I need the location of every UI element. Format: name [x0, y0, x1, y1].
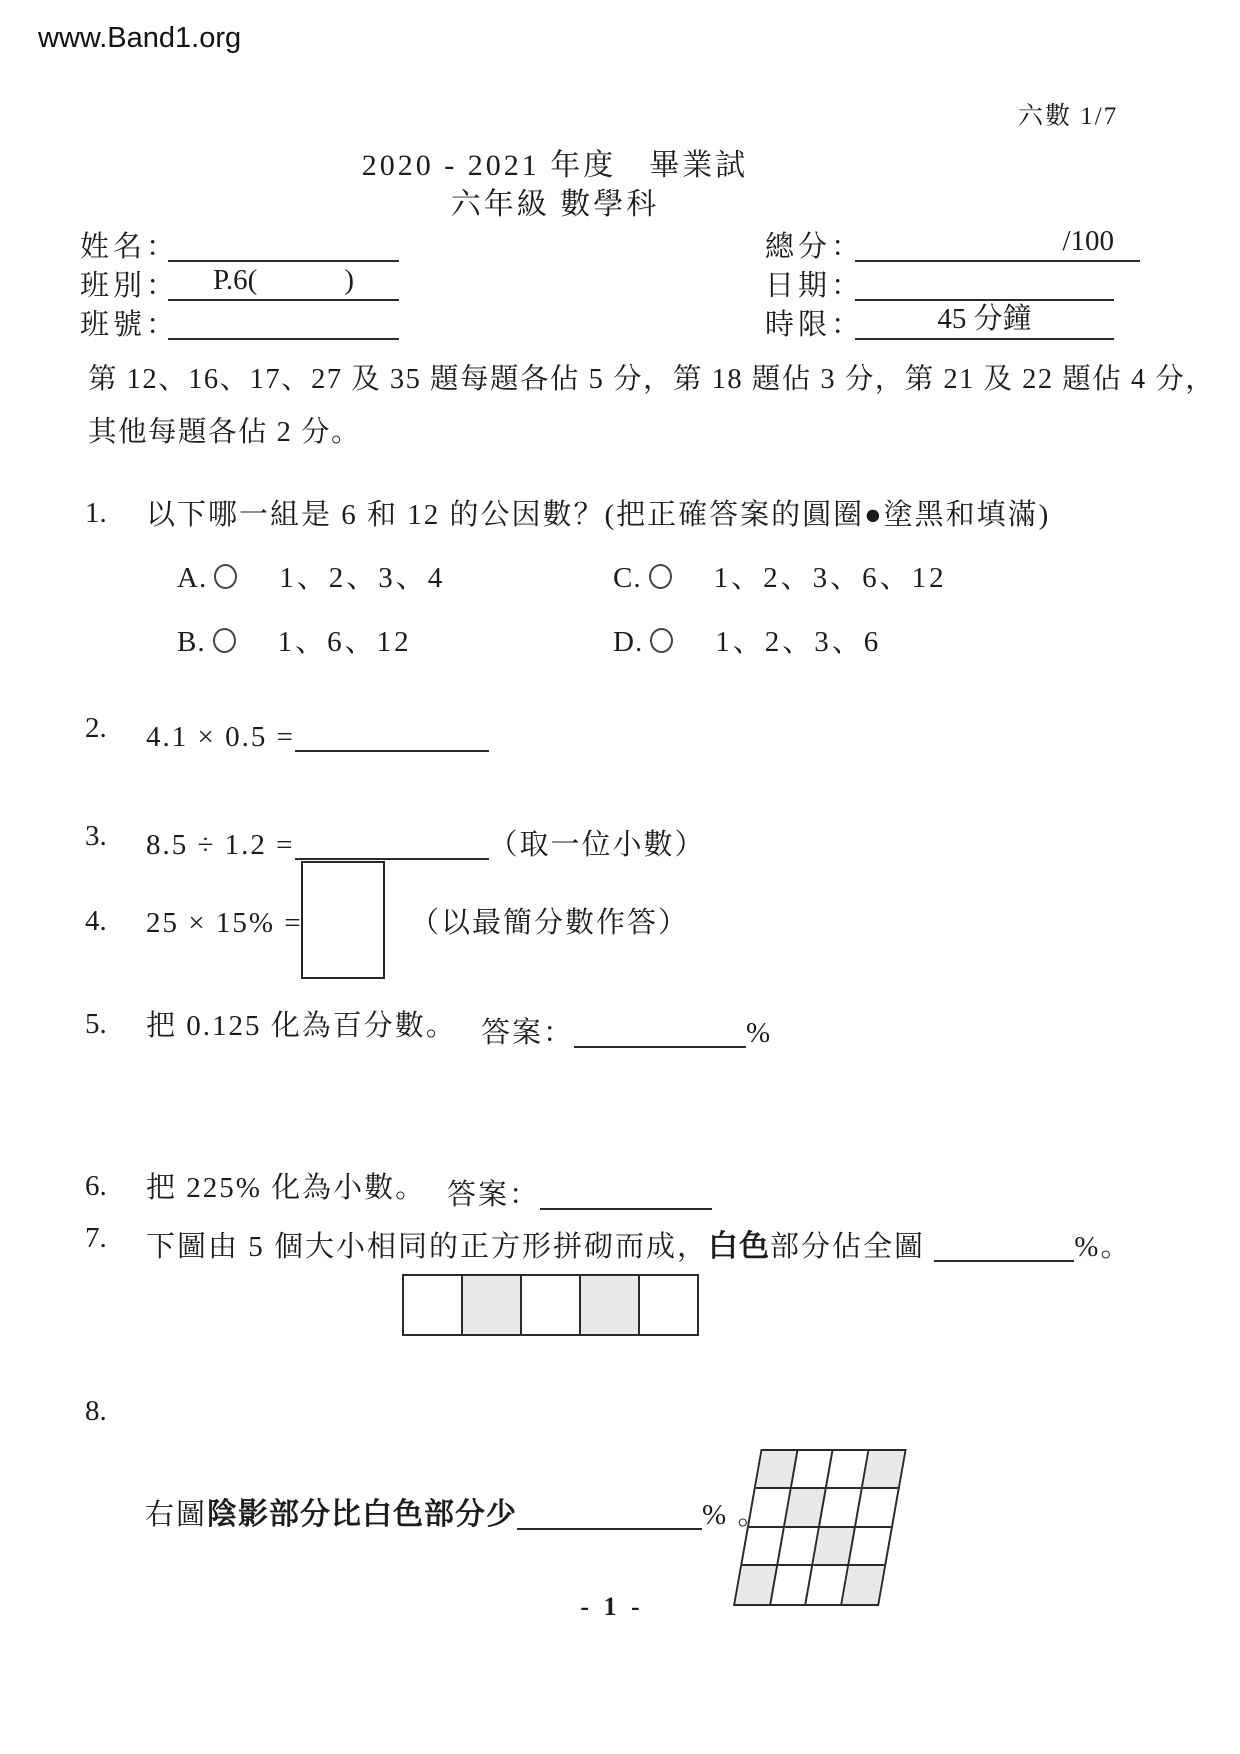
- q7-square-4: [638, 1276, 697, 1334]
- q7-percent-suffix: %。: [1074, 1231, 1131, 1263]
- q2-number: 2.: [85, 712, 107, 745]
- date-label: 日期：: [765, 263, 864, 304]
- page-code: 六數 1/7: [1018, 96, 1118, 132]
- q2-expression: 4.1 × 0.5 =: [146, 721, 295, 753]
- q1-option-c-value: 1、2、3、6、12: [714, 562, 947, 594]
- q1-number: 1.: [85, 497, 107, 530]
- time-limit-label: 時限：: [765, 302, 864, 343]
- q8-cell-1-3: [855, 1489, 897, 1527]
- q8-text-bold: 陰影部分比白色部分少: [207, 1498, 517, 1531]
- q1-option-b-label: B.: [177, 626, 206, 658]
- time-limit-field: 45 分鐘: [855, 302, 1114, 340]
- q1-option-a-bubble-icon[interactable]: [214, 564, 237, 589]
- q3-answer-blank[interactable]: [295, 826, 489, 860]
- q7-text-pre: 下圖由 5 個大小相同的正方形拼砌而成，: [146, 1231, 708, 1263]
- q8-answer-blank[interactable]: [517, 1496, 702, 1530]
- exam-title-line1: 2020 - 2021 年度 畢業試: [300, 140, 810, 184]
- exam-page: www.Band1.org 六數 1/7 2020 - 2021 年度 畢業試 …: [0, 0, 1240, 1754]
- q1-option-c-bubble-icon[interactable]: [649, 564, 672, 589]
- q3-line: 8.5 ÷ 1.2 =（取一位小數）: [146, 820, 706, 863]
- q7-square-2: [520, 1276, 579, 1334]
- q8-cell-3-3: [842, 1566, 884, 1604]
- q1-option-a: A.1、2、3、4: [177, 555, 445, 596]
- q8-number: 8.: [85, 1395, 107, 1428]
- instructions-line1: 第 12、16、17、27 及 35 題每題各佔 5 分，第 18 題佔 3 分…: [88, 356, 1215, 397]
- q5-number: 5.: [85, 1008, 107, 1041]
- q7-square-3: [579, 1276, 638, 1334]
- q5-answer-label: 答案：: [481, 1017, 574, 1049]
- q8-cell-0-3: [862, 1451, 904, 1489]
- q8-figure-grid: [733, 1449, 907, 1606]
- q4-expression: 25 × 15% =: [146, 905, 303, 941]
- q5-percent-suffix: %: [746, 1017, 772, 1049]
- name-field[interactable]: [168, 224, 399, 262]
- q5-text: 把 0.125 化為百分數。: [146, 1008, 457, 1044]
- q1-option-d-label: D.: [613, 626, 643, 658]
- q1-option-b-value: 1、6、12: [278, 626, 412, 658]
- q1-option-a-label: A.: [177, 562, 207, 594]
- q5-answer-blank[interactable]: [574, 1014, 746, 1048]
- q6-answer-line: 答案：: [447, 1170, 712, 1213]
- class-number-field[interactable]: [168, 302, 399, 340]
- q4-note: （以最簡分數作答）: [410, 905, 689, 941]
- q4-number: 4.: [85, 905, 107, 938]
- q2-line: 4.1 × 0.5 =: [146, 712, 489, 755]
- q8-text-pre: 右圖: [145, 1499, 207, 1531]
- q3-note: （取一位小數）: [489, 829, 706, 861]
- q1-option-c-label: C.: [613, 562, 642, 594]
- date-field[interactable]: [855, 263, 1114, 301]
- q1-option-b: B.1、6、12: [177, 619, 412, 660]
- q7-figure: [402, 1274, 699, 1336]
- watermark-url: www.Band1.org: [38, 22, 241, 55]
- q3-expression: 8.5 ÷ 1.2 =: [146, 829, 295, 861]
- class-number-label: 班號：: [80, 302, 179, 343]
- q1-option-c: C.1、2、3、6、12: [613, 555, 947, 596]
- q7-text-bold: 白色: [708, 1230, 770, 1263]
- q7-number: 7.: [85, 1222, 107, 1255]
- q5-answer-line: 答案：%: [481, 1008, 772, 1051]
- q8-percent-suffix: %: [702, 1499, 728, 1531]
- q6-answer-label: 答案：: [447, 1179, 540, 1211]
- exam-title-line2: 六年級 數學科: [300, 179, 810, 223]
- q1-option-b-bubble-icon[interactable]: [213, 628, 236, 653]
- q6-number: 6.: [85, 1170, 107, 1203]
- q4-answer-box[interactable]: [301, 861, 385, 979]
- q8-line: 右圖陰影部分比白色部分少% 。: [145, 1490, 768, 1533]
- q7-answer-blank[interactable]: [934, 1228, 1074, 1262]
- q6-answer-blank[interactable]: [540, 1176, 712, 1210]
- instructions-line2: 其他每題各佔 2 分。: [88, 409, 361, 450]
- total-score-field[interactable]: /100: [855, 224, 1140, 262]
- page-number: - 1 -: [552, 1592, 672, 1622]
- name-label: 姓名：: [80, 224, 179, 265]
- total-score-label: 總分：: [765, 224, 864, 265]
- class-label: 班別：: [80, 263, 179, 304]
- q7-text-post: 部分佔全圖: [770, 1231, 934, 1263]
- q7-square-1: [461, 1276, 520, 1334]
- q1-text: 以下哪一組是 6 和 12 的公因數？(把正確答案的圓圈●塗黑和填滿): [146, 497, 1050, 533]
- q6-text: 把 225% 化為小數。: [146, 1170, 426, 1206]
- q7-square-0: [404, 1276, 461, 1334]
- q1-option-d-value: 1、2、3、6: [715, 626, 881, 658]
- q1-option-d: D.1、2、3、6: [613, 619, 881, 660]
- q1-option-d-bubble-icon[interactable]: [650, 628, 673, 653]
- q1-option-a-value: 1、2、3、4: [279, 562, 445, 594]
- q3-number: 3.: [85, 820, 107, 853]
- q2-answer-blank[interactable]: [295, 718, 489, 752]
- q7-line: 下圖由 5 個大小相同的正方形拼砌而成，白色部分佔全圖 %。: [146, 1222, 1131, 1265]
- class-field[interactable]: P.6( ): [168, 263, 399, 301]
- q8-cell-2-3: [849, 1528, 891, 1566]
